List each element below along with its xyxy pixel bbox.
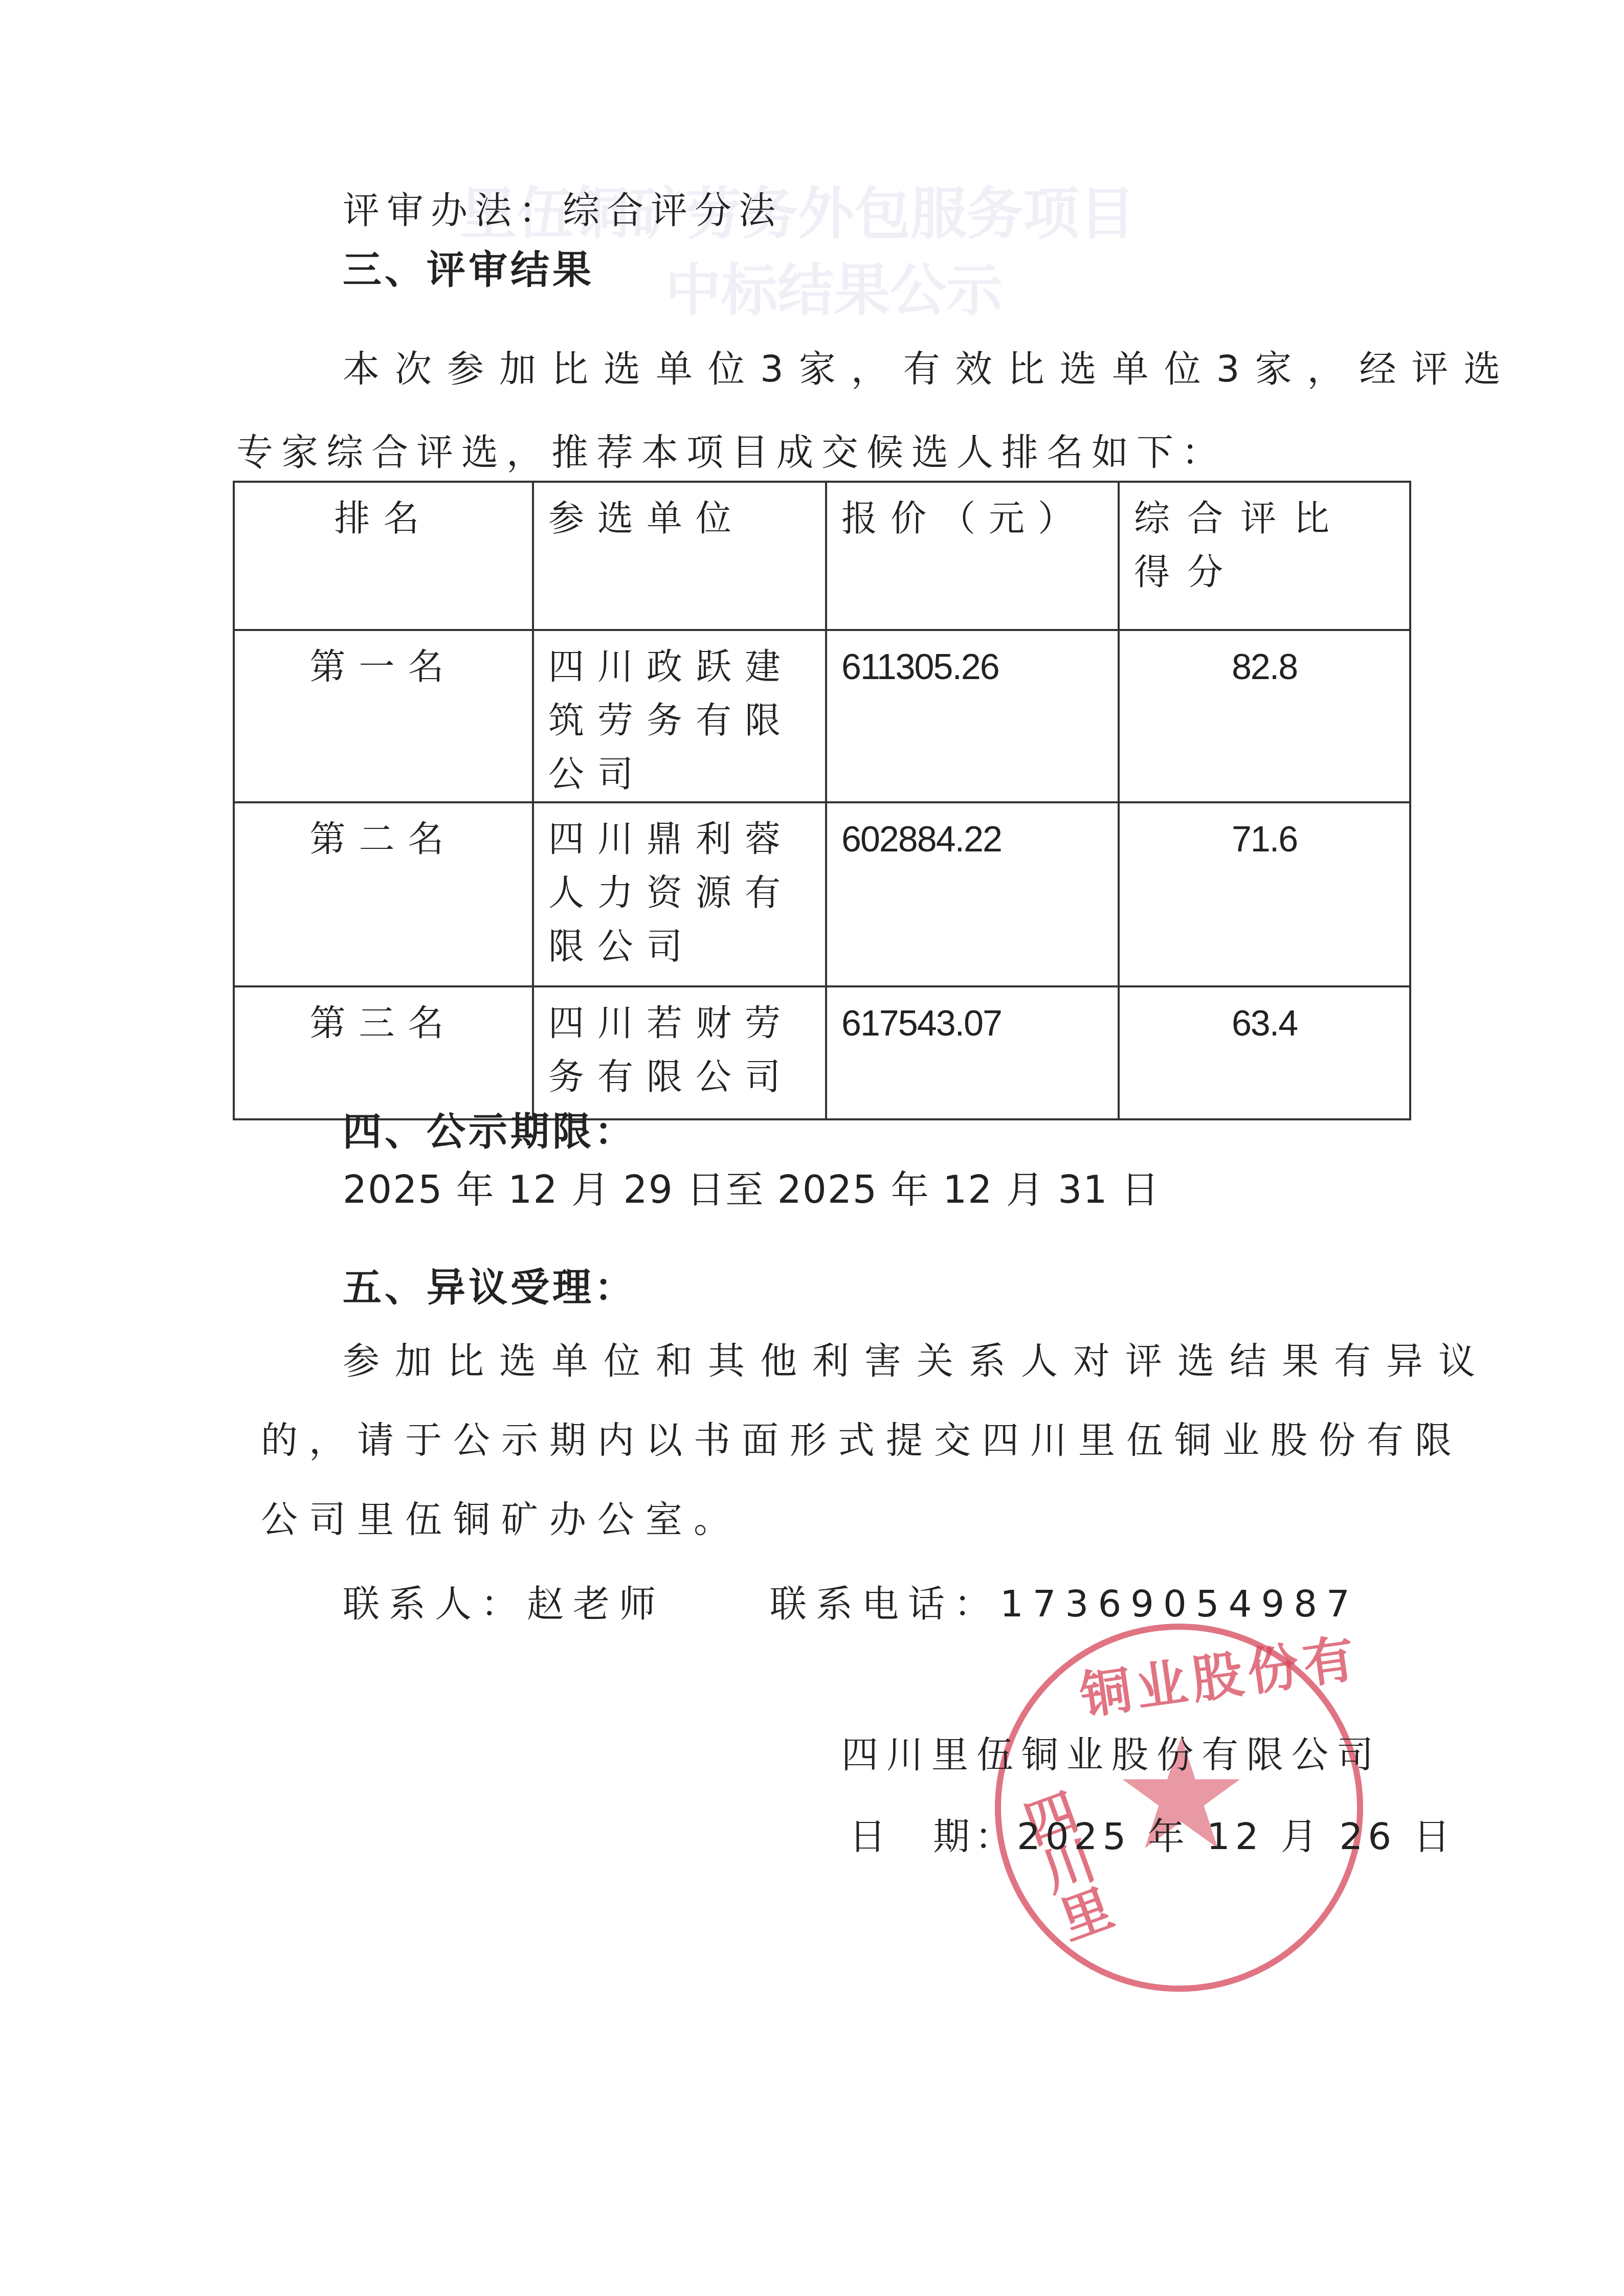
section4-heading: 四、公示期限：: [343, 1112, 636, 1151]
rank-cell: 第三名: [234, 986, 533, 1119]
results-table: 排名 参选单位 报价（元） 综合评比得分 第一名 四川政跃建筑劳务有限公司 61…: [233, 481, 1411, 1120]
company-cell: 四川若财劳务有限公司: [533, 986, 826, 1119]
section5-para-line1: 参加比选单位和其他利害关系人对评选结果有异议: [343, 1342, 1490, 1379]
table-row: 第二名 四川鼎利蓉人力资源有限公司 602884.22 71.6: [234, 802, 1410, 986]
signature-date: 日 期：2025 年 12 月 26 日: [849, 1818, 1455, 1855]
section5-para-line2: 的，请于公示期内以书面形式提交四川里伍铜业股份有限: [261, 1422, 1463, 1458]
header-price: 报价（元）: [826, 482, 1119, 630]
score-cell: 82.8: [1119, 630, 1410, 802]
rank-cell: 第一名: [234, 630, 533, 802]
section5-para-line3: 公司里伍铜矿办公室。: [261, 1501, 742, 1538]
table-row: 第三名 四川若财劳务有限公司 617543.07 63.4: [234, 986, 1410, 1119]
contact-person: 联系人：赵老师: [343, 1585, 665, 1622]
price-cell: 617543.07: [826, 986, 1119, 1119]
section3-para-line1: 本次参加比选单位3家，有效比选单位3家，经评选: [343, 350, 1516, 387]
header-company: 参选单位: [533, 482, 826, 630]
score-cell: 71.6: [1119, 802, 1410, 986]
company-cell: 四川鼎利蓉人力资源有限公司: [533, 802, 826, 986]
section5-heading: 五、异议受理：: [343, 1268, 636, 1307]
table-row: 第一名 四川政跃建筑劳务有限公司 611305.26 82.8: [234, 630, 1410, 802]
signature-company: 四川里伍铜业股份有限公司: [841, 1736, 1382, 1773]
rank-cell: 第二名: [234, 802, 533, 986]
review-method: 评审办法：综合评分法: [343, 192, 783, 229]
show-through-text: 中标结果公示: [665, 245, 1003, 326]
company-cell: 四川政跃建筑劳务有限公司: [533, 630, 826, 802]
header-score: 综合评比得分: [1119, 482, 1410, 630]
table-header-row: 排名 参选单位 报价（元） 综合评比得分: [234, 482, 1410, 630]
price-cell: 602884.22: [826, 802, 1119, 986]
section3-para-line2: 专家综合评选，推荐本项目成交候选人排名如下：: [236, 434, 1227, 470]
section3-heading: 三、评审结果: [343, 251, 594, 289]
contact-phone: 联系电话：17369054987: [770, 1585, 1359, 1622]
score-cell: 63.4: [1119, 986, 1410, 1119]
publicity-period: 2025 年 12 月 29 日至 2025 年 12 月 31 日: [343, 1171, 1160, 1209]
header-rank: 排名: [234, 482, 533, 630]
price-cell: 611305.26: [826, 630, 1119, 802]
